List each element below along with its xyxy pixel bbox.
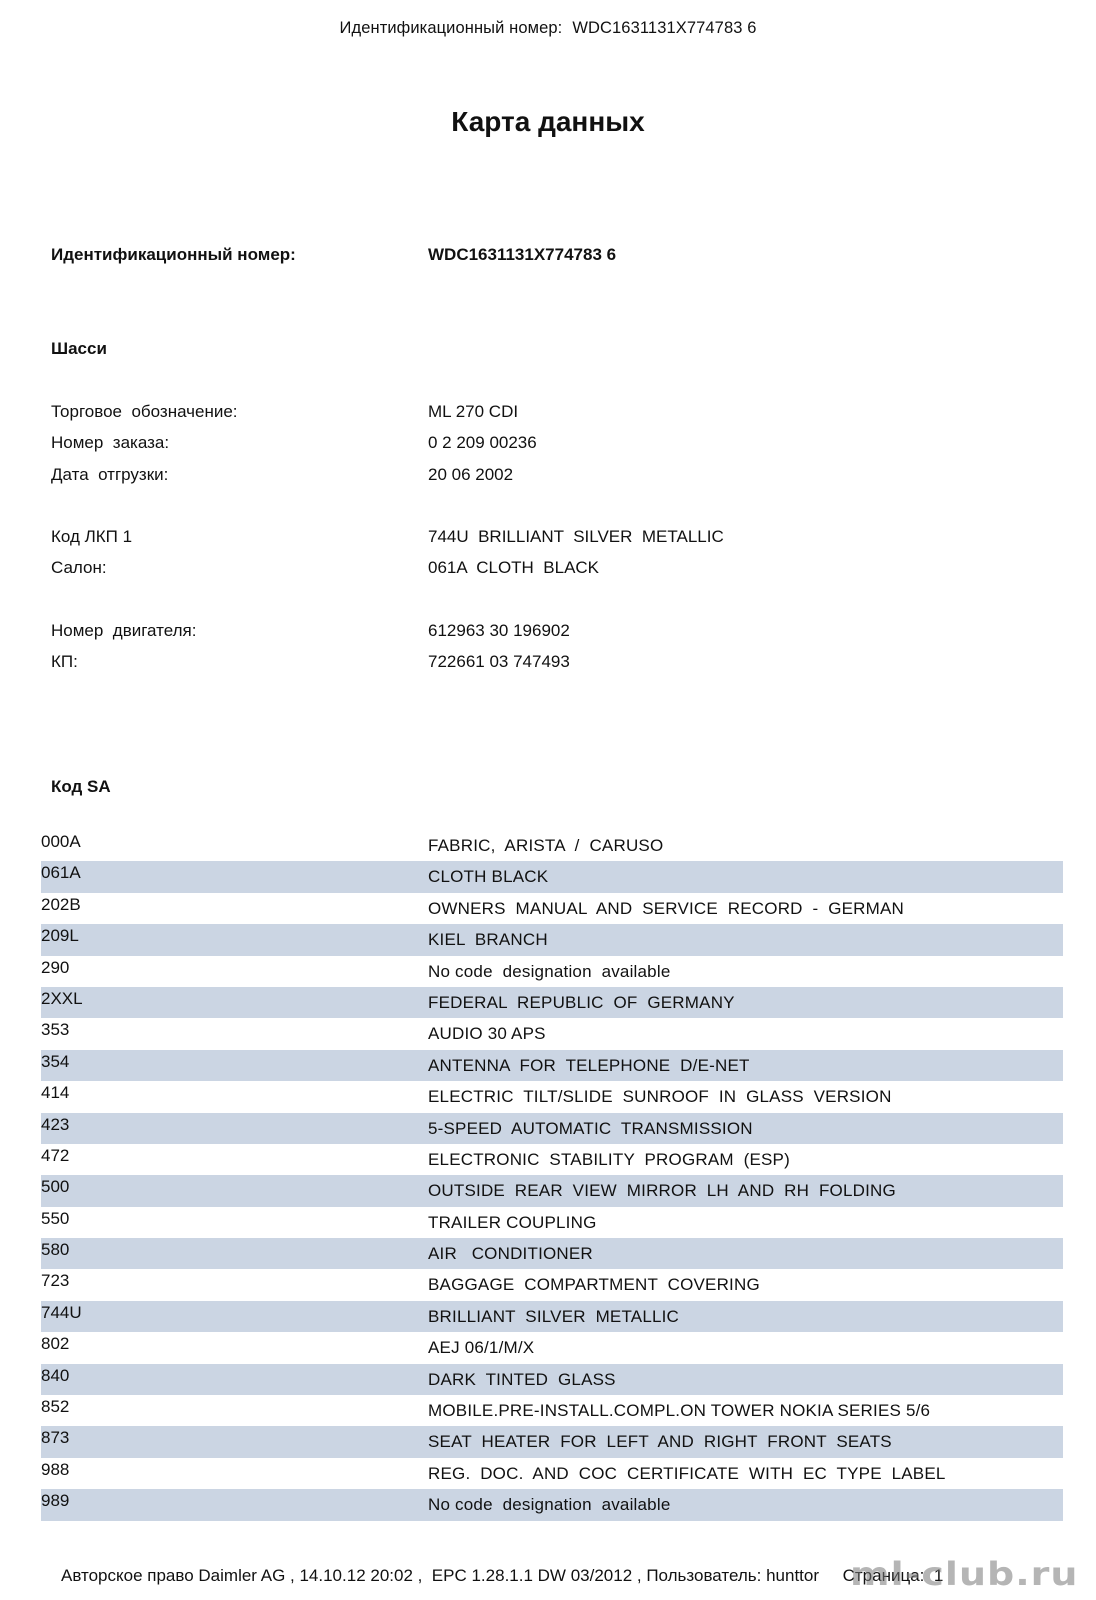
- table-row: 840DARK TINTED GLASS: [41, 1364, 1063, 1395]
- sa-description: ELECTRIC TILT/SLIDE SUNROOF IN GLASS VER…: [428, 1087, 892, 1107]
- sa-code: 209L: [41, 926, 79, 946]
- sa-code: 414: [41, 1083, 69, 1103]
- table-row: 500OUTSIDE REAR VIEW MIRROR LH AND RH FO…: [41, 1175, 1063, 1206]
- table-row: 061ACLOTH BLACK: [41, 861, 1063, 892]
- sa-code: 290: [41, 958, 69, 978]
- sa-code: 2XXL: [41, 989, 83, 1009]
- table-row: 2XXLFEDERAL REPUBLIC OF GERMANY: [41, 987, 1063, 1018]
- sa-description: OWNERS MANUAL AND SERVICE RECORD - GERMA…: [428, 899, 904, 919]
- sa-description: No code designation available: [428, 1495, 670, 1515]
- sa-description: FEDERAL REPUBLIC OF GERMANY: [428, 993, 735, 1013]
- table-row: 414ELECTRIC TILT/SLIDE SUNROOF IN GLASS …: [41, 1081, 1063, 1112]
- sa-description: 5-SPEED AUTOMATIC TRANSMISSION: [428, 1119, 753, 1139]
- chassis-heading: Шасси: [51, 339, 107, 359]
- sa-code: 353: [41, 1020, 69, 1040]
- table-row: 873SEAT HEATER FOR LEFT AND RIGHT FRONT …: [41, 1426, 1063, 1457]
- page-header: Идентификационный номер:WDC1631131X77478…: [0, 19, 1096, 38]
- table-row: 744UBRILLIANT SILVER METALLIC: [41, 1301, 1063, 1332]
- header-vin-value: WDC1631131X774783 6: [572, 19, 756, 37]
- chassis-field-label: КП:: [51, 652, 78, 672]
- sa-description: BRILLIANT SILVER METALLIC: [428, 1307, 679, 1327]
- chassis-field-value: 722661 03 747493: [428, 652, 570, 672]
- table-row: 000AFABRIC, ARISTA / CARUSO: [41, 830, 1063, 861]
- chassis-field-label: Дата отгрузки:: [51, 465, 168, 485]
- sa-code: 500: [41, 1177, 69, 1197]
- chassis-field-label: Салон:: [51, 558, 107, 578]
- table-row: 723BAGGAGE COMPARTMENT COVERING: [41, 1269, 1063, 1300]
- table-row: 988REG. DOC. AND COC CERTIFICATE WITH EC…: [41, 1458, 1063, 1489]
- table-row: 472ELECTRONIC STABILITY PROGRAM (ESP): [41, 1144, 1063, 1175]
- chassis-field-value: 061A CLOTH BLACK: [428, 558, 599, 578]
- sa-description: DARK TINTED GLASS: [428, 1370, 616, 1390]
- sa-description: KIEL BRANCH: [428, 930, 548, 950]
- sa-code-heading: Код SA: [51, 777, 111, 797]
- sa-code: 744U: [41, 1303, 82, 1323]
- sa-code: 802: [41, 1334, 69, 1354]
- table-row: 209LKIEL BRANCH: [41, 924, 1063, 955]
- sa-description: MOBILE.PRE-INSTALL.COMPL.ON TOWER NOKIA …: [428, 1401, 930, 1421]
- table-row: 354ANTENNA FOR TELEPHONE D/E-NET: [41, 1050, 1063, 1081]
- sa-description: OUTSIDE REAR VIEW MIRROR LH AND RH FOLDI…: [428, 1181, 896, 1201]
- table-row: 290No code designation available: [41, 956, 1063, 987]
- chassis-field-value: 744U BRILLIANT SILVER METALLIC: [428, 527, 724, 547]
- sa-code: 989: [41, 1491, 69, 1511]
- chassis-field-value: 20 06 2002: [428, 465, 513, 485]
- sa-code: 202B: [41, 895, 81, 915]
- table-row: 353AUDIO 30 APS: [41, 1018, 1063, 1049]
- sa-code-table: 000AFABRIC, ARISTA / CARUSO061ACLOTH BLA…: [41, 830, 1063, 1521]
- chassis-field-label: Номер заказа:: [51, 433, 169, 453]
- sa-code: 423: [41, 1115, 69, 1135]
- page-footer: Авторское право Daimler AG , 14.10.12 20…: [61, 1566, 943, 1586]
- sa-description: BAGGAGE COMPARTMENT COVERING: [428, 1275, 760, 1295]
- table-row: 202BOWNERS MANUAL AND SERVICE RECORD - G…: [41, 893, 1063, 924]
- sa-code: 354: [41, 1052, 69, 1072]
- sa-description: AUDIO 30 APS: [428, 1024, 546, 1044]
- sa-description: CLOTH BLACK: [428, 867, 548, 887]
- sa-code: 988: [41, 1460, 69, 1480]
- sa-code: 061A: [41, 863, 81, 883]
- table-row: 852MOBILE.PRE-INSTALL.COMPL.ON TOWER NOK…: [41, 1395, 1063, 1426]
- sa-description: REG. DOC. AND COC CERTIFICATE WITH EC TY…: [428, 1464, 946, 1484]
- sa-description: TRAILER COUPLING: [428, 1213, 597, 1233]
- table-row: 802AEJ 06/1/M/X: [41, 1332, 1063, 1363]
- sa-description: SEAT HEATER FOR LEFT AND RIGHT FRONT SEA…: [428, 1432, 892, 1452]
- table-row: 580AIR CONDITIONER: [41, 1238, 1063, 1269]
- sa-code: 580: [41, 1240, 69, 1260]
- sa-description: AEJ 06/1/M/X: [428, 1338, 534, 1358]
- sa-code: 840: [41, 1366, 69, 1386]
- sa-description: AIR CONDITIONER: [428, 1244, 593, 1264]
- chassis-field-value: 0 2 209 00236: [428, 433, 537, 453]
- vin-value: WDC1631131X774783 6: [428, 245, 616, 265]
- sa-description: ELECTRONIC STABILITY PROGRAM (ESP): [428, 1150, 790, 1170]
- sa-code: 852: [41, 1397, 69, 1417]
- table-row: 989No code designation available: [41, 1489, 1063, 1520]
- sa-description: FABRIC, ARISTA / CARUSO: [428, 836, 663, 856]
- sa-code: 873: [41, 1428, 69, 1448]
- sa-code: 000A: [41, 832, 81, 852]
- sa-code: 472: [41, 1146, 69, 1166]
- sa-code: 723: [41, 1271, 69, 1291]
- page-title: Карта данных: [0, 106, 1096, 138]
- chassis-field-label: Код ЛКП 1: [51, 527, 132, 547]
- chassis-field-label: Торговое обозначение:: [51, 402, 238, 422]
- table-row: 550TRAILER COUPLING: [41, 1207, 1063, 1238]
- vin-label: Идентификационный номер:: [51, 245, 296, 265]
- chassis-field-value: ML 270 CDI: [428, 402, 518, 422]
- chassis-field-label: Номер двигателя:: [51, 621, 196, 641]
- sa-code: 550: [41, 1209, 69, 1229]
- table-row: 4235-SPEED AUTOMATIC TRANSMISSION: [41, 1113, 1063, 1144]
- chassis-field-value: 612963 30 196902: [428, 621, 570, 641]
- header-vin-label: Идентификационный номер:: [340, 19, 563, 37]
- sa-description: ANTENNA FOR TELEPHONE D/E-NET: [428, 1056, 750, 1076]
- sa-description: No code designation available: [428, 962, 670, 982]
